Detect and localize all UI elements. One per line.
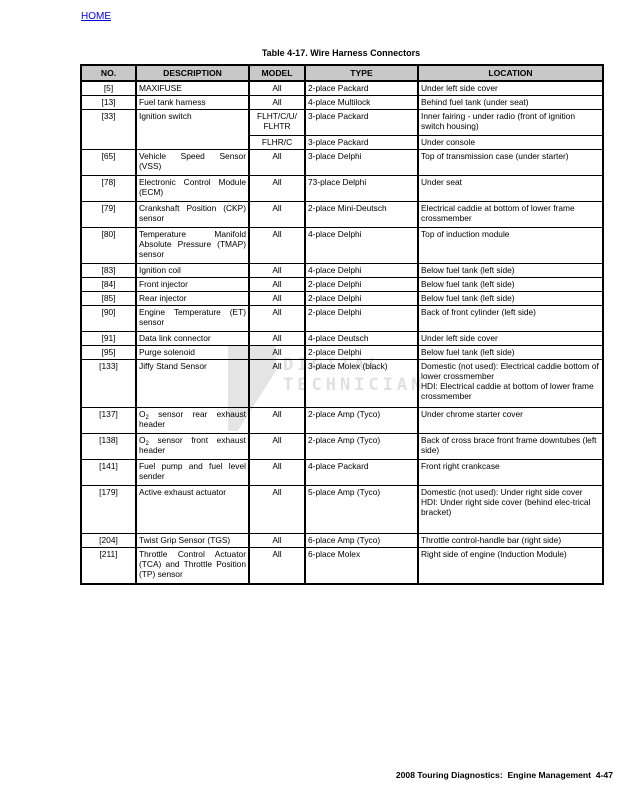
cell-no: [65]	[81, 150, 136, 176]
table-row: [91]Data link connectorAll4-place Deutsc…	[81, 332, 603, 346]
cell-location: Domestic (not used): Electrical caddie b…	[418, 360, 603, 408]
connector-model: All	[272, 97, 281, 107]
table-row: [204]Twist Grip Sensor (TGS)All6-place A…	[81, 534, 603, 548]
connector-location: Domestic (not used): Electrical caddie b…	[421, 361, 600, 381]
table-row: [179]Active exhaust actuatorAll5-place A…	[81, 486, 603, 534]
connector-model: All	[272, 347, 281, 357]
cell-model: FLHT/C/U/ FLHTR	[249, 110, 305, 136]
connector-number: [83]	[102, 265, 116, 275]
table-row: [141]Fuel pump and fuel level senderAll4…	[81, 460, 603, 486]
connector-type: 4-place Packard	[308, 461, 369, 471]
connector-location: Below fuel tank (left side)	[421, 279, 600, 289]
connector-model: All	[272, 229, 281, 239]
cell-location: Behind fuel tank (under seat)	[418, 96, 603, 110]
connector-location: Inner fairing - under radio (front of ig…	[421, 111, 600, 131]
table-row: [133]Jiffy Stand SensorAll3-place Molex …	[81, 360, 603, 408]
cell-no: [5]	[81, 81, 136, 96]
header-model: MODEL	[249, 65, 305, 81]
cell-type: 2-place Delphi	[305, 346, 418, 360]
cell-location: Back of cross brace front frame downtube…	[418, 434, 603, 460]
cell-no: [85]	[81, 292, 136, 306]
table-row: [137]O2 sensor rear exhaust headerAll2-p…	[81, 408, 603, 434]
connector-number: [211]	[99, 549, 117, 559]
cell-model: All	[249, 360, 305, 408]
cell-location: Top of induction module	[418, 228, 603, 264]
connector-model: All	[272, 361, 281, 371]
page-footer: 2008 Touring Diagnostics: Engine Managem…	[396, 770, 613, 780]
connector-description: Purge solenoid	[139, 347, 195, 357]
connector-model: All	[272, 307, 281, 317]
connector-model: All	[272, 203, 281, 213]
cell-location: Electrical caddie at bottom of lower fra…	[418, 202, 603, 228]
cell-type: 4-place Packard	[305, 460, 418, 486]
connector-location: Under chrome starter cover	[421, 409, 600, 419]
cell-no: [78]	[81, 176, 136, 202]
connector-type: 4-place Multilock	[308, 97, 370, 107]
cell-no: [33]	[81, 110, 136, 150]
connector-number: [5]	[104, 83, 113, 93]
connector-description: Temperature Manifold Absolute Pressure (…	[139, 229, 246, 259]
cell-type: 2-place Packard	[305, 81, 418, 96]
table-row: [84]Front injectorAll2-place DelphiBelow…	[81, 278, 603, 292]
cell-type: 4-place Delphi	[305, 228, 418, 264]
cell-description: Electronic Control Module (ECM)	[136, 176, 249, 202]
cell-description: Crankshaft Position (CKP) sensor	[136, 202, 249, 228]
connector-description: MAXIFUSE	[139, 83, 182, 93]
connector-number: [80]	[102, 229, 116, 239]
connector-type: 3-place Packard	[308, 111, 369, 121]
connector-type: 4-place Delphi	[308, 229, 362, 239]
cell-no: [90]	[81, 306, 136, 332]
cell-model: All	[249, 306, 305, 332]
cell-model: All	[249, 264, 305, 278]
cell-type: 6-place Amp (Tyco)	[305, 534, 418, 548]
table-row: [13]Fuel tank harnessAll4-place Multiloc…	[81, 96, 603, 110]
connector-location: Behind fuel tank (under seat)	[421, 97, 600, 107]
cell-location: Under left side cover	[418, 81, 603, 96]
connector-type: 2-place Delphi	[308, 307, 362, 317]
cell-description: Fuel tank harness	[136, 96, 249, 110]
cell-no: [211]	[81, 548, 136, 585]
cell-type: 3-place Packard	[305, 136, 418, 150]
table-row: [95]Purge solenoidAll2-place DelphiBelow…	[81, 346, 603, 360]
cell-model: All	[249, 332, 305, 346]
cell-location: Right side of engine (Induction Module)	[418, 548, 603, 585]
cell-no: [138]	[81, 434, 136, 460]
connector-type: 4-place Delphi	[308, 265, 362, 275]
connector-number: [137]	[99, 409, 118, 419]
connector-number: [78]	[102, 177, 116, 187]
cell-no: [91]	[81, 332, 136, 346]
connector-type: 3-place Molex (black)	[308, 361, 388, 371]
table-caption: Table 4-17. Wire Harness Connectors	[80, 48, 602, 58]
connector-location: Back of cross brace front frame downtube…	[421, 435, 600, 455]
cell-type: 6-place Molex	[305, 548, 418, 585]
cell-no: [133]	[81, 360, 136, 408]
connector-location: Domestic (not used): Under right side co…	[421, 487, 600, 497]
cell-type: 2-place Delphi	[305, 292, 418, 306]
cell-no: [95]	[81, 346, 136, 360]
cell-location: Below fuel tank (left side)	[418, 278, 603, 292]
connector-location: Back of front cylinder (left side)	[421, 307, 600, 317]
header-location: LOCATION	[418, 65, 603, 81]
connector-model: FLHT/C/U/ FLHTR	[257, 111, 297, 131]
connector-location: Throttle control-handle bar (right side)	[421, 535, 600, 545]
connector-type: 6-place Amp (Tyco)	[308, 535, 380, 545]
home-link[interactable]: HOME	[81, 11, 111, 22]
cell-description: Fuel pump and fuel level sender	[136, 460, 249, 486]
connector-type: 3-place Packard	[308, 137, 369, 147]
table-row: [33]Ignition switchFLHT/C/U/ FLHTR3-plac…	[81, 110, 603, 136]
connector-location-hdi: HDI: Electrical caddie at bottom of lowe…	[421, 381, 600, 401]
cell-description: Front injector	[136, 278, 249, 292]
connector-description: Front injector	[139, 279, 188, 289]
cell-description: Ignition switch	[136, 110, 249, 150]
cell-description: MAXIFUSE	[136, 81, 249, 96]
connector-model: All	[272, 549, 281, 559]
cell-location: Under console	[418, 136, 603, 150]
cell-type: 5-place Amp (Tyco)	[305, 486, 418, 534]
connector-number: [133]	[99, 361, 118, 371]
wire-harness-connectors-table: NO. DESCRIPTION MODEL TYPE LOCATION [5]M…	[80, 64, 604, 585]
cell-type: 3-place Delphi	[305, 150, 418, 176]
connector-description: sensor rear exhaust header	[139, 409, 246, 429]
connector-type: 2-place Delphi	[308, 279, 362, 289]
connector-description: Fuel tank harness	[139, 97, 206, 107]
connector-description: sensor front exhaust header	[139, 435, 246, 455]
connector-location-hdi: HDI: Under right side cover (behind elec…	[421, 497, 600, 517]
connector-type: 2-place Delphi	[308, 347, 362, 357]
connector-description: Crankshaft Position (CKP) sensor	[139, 203, 246, 223]
cell-model: All	[249, 460, 305, 486]
cell-no: [137]	[81, 408, 136, 434]
connector-number: [13]	[102, 97, 116, 107]
connector-type: 3-place Delphi	[308, 151, 362, 161]
cell-type: 3-place Molex (black)	[305, 360, 418, 408]
cell-description: O2 sensor rear exhaust header	[136, 408, 249, 434]
cell-model: All	[249, 176, 305, 202]
cell-type: 2-place Amp (Tyco)	[305, 408, 418, 434]
cell-type: 4-place Delphi	[305, 264, 418, 278]
connector-number: [65]	[102, 151, 116, 161]
connector-location: Front right crankcase	[421, 461, 600, 471]
table-row: [83]Ignition coilAll4-place DelphiBelow …	[81, 264, 603, 278]
cell-model: All	[249, 408, 305, 434]
cell-description: Temperature Manifold Absolute Pressure (…	[136, 228, 249, 264]
cell-type: 2-place Delphi	[305, 306, 418, 332]
connector-model: All	[272, 177, 281, 187]
table-header-row: NO. DESCRIPTION MODEL TYPE LOCATION	[81, 65, 603, 81]
cell-type: 2-place Delphi	[305, 278, 418, 292]
connector-location: Under left side cover	[421, 333, 600, 343]
connector-number: [79]	[102, 203, 116, 213]
connector-number: [84]	[102, 279, 116, 289]
connector-type: 2-place Mini-Deutsch	[308, 203, 387, 213]
connector-description: Vehicle Speed Sensor (VSS)	[139, 151, 246, 171]
connector-number: [90]	[102, 307, 116, 317]
connector-number: [204]	[99, 535, 118, 545]
cell-location: Back of front cylinder (left side)	[418, 306, 603, 332]
cell-location: Under left side cover	[418, 332, 603, 346]
connector-description: Active exhaust actuator	[139, 487, 226, 497]
cell-model: All	[249, 548, 305, 585]
connector-number: [91]	[102, 333, 116, 343]
table-row: [5]MAXIFUSEAll2-place PackardUnder left …	[81, 81, 603, 96]
connector-type: 2-place Amp (Tyco)	[308, 435, 380, 445]
connector-location: Under left side cover	[421, 83, 600, 93]
connector-location: Below fuel tank (left side)	[421, 265, 600, 275]
cell-no: [83]	[81, 264, 136, 278]
cell-no: [79]	[81, 202, 136, 228]
connector-description: Electronic Control Module (ECM)	[139, 177, 246, 197]
connector-location: Below fuel tank (left side)	[421, 347, 600, 357]
connector-model: All	[272, 279, 281, 289]
connector-type: 2-place Packard	[308, 83, 369, 93]
cell-description: O2 sensor front exhaust header	[136, 434, 249, 460]
cell-location: Under chrome starter cover	[418, 408, 603, 434]
cell-model: All	[249, 486, 305, 534]
cell-location: Under seat	[418, 176, 603, 202]
connector-number: [85]	[102, 293, 116, 303]
cell-description: Rear injector	[136, 292, 249, 306]
connector-type: 2-place Amp (Tyco)	[308, 409, 380, 419]
table-row: [90]Engine Temperature (ET) sensorAll2-p…	[81, 306, 603, 332]
connector-model: All	[272, 293, 281, 303]
connector-location: Top of induction module	[421, 229, 600, 239]
connector-description: Ignition coil	[139, 265, 181, 275]
connector-description: Fuel pump and fuel level sender	[139, 461, 246, 481]
cell-model: All	[249, 202, 305, 228]
table-row: [80]Temperature Manifold Absolute Pressu…	[81, 228, 603, 264]
connector-number: [141]	[99, 461, 118, 471]
cell-type: 73-place Delphi	[305, 176, 418, 202]
connector-description: Jiffy Stand Sensor	[139, 361, 207, 371]
cell-no: [141]	[81, 460, 136, 486]
cell-model: All	[249, 346, 305, 360]
cell-description: Purge solenoid	[136, 346, 249, 360]
connector-number: [179]	[99, 487, 118, 497]
table-row: [65]Vehicle Speed Sensor (VSS)All3-place…	[81, 150, 603, 176]
connector-type: 4-place Deutsch	[308, 333, 369, 343]
cell-description: Throttle Control Actuator (TCA) and Thro…	[136, 548, 249, 585]
connector-description: Twist Grip Sensor (TGS)	[139, 535, 230, 545]
table-row: [211]Throttle Control Actuator (TCA) and…	[81, 548, 603, 585]
cell-no: [204]	[81, 534, 136, 548]
connector-model: FLHR/C	[262, 137, 292, 147]
cell-model: All	[249, 150, 305, 176]
cell-description: Data link connector	[136, 332, 249, 346]
connector-number: [33]	[102, 111, 116, 121]
connector-model: All	[272, 487, 281, 497]
cell-model: All	[249, 96, 305, 110]
cell-description: Twist Grip Sensor (TGS)	[136, 534, 249, 548]
cell-location: Domestic (not used): Under right side co…	[418, 486, 603, 534]
cell-location: Below fuel tank (left side)	[418, 264, 603, 278]
connector-model: All	[272, 435, 281, 445]
connector-description: Throttle Control Actuator (TCA) and Thro…	[139, 549, 246, 579]
cell-type: 2-place Mini-Deutsch	[305, 202, 418, 228]
connector-location: Under seat	[421, 177, 600, 187]
connector-location: Right side of engine (Induction Module)	[421, 549, 600, 559]
cell-model: All	[249, 81, 305, 96]
cell-no: [84]	[81, 278, 136, 292]
connector-model: All	[272, 265, 281, 275]
cell-model: FLHR/C	[249, 136, 305, 150]
cell-no: [80]	[81, 228, 136, 264]
connector-model: All	[272, 333, 281, 343]
cell-description: Vehicle Speed Sensor (VSS)	[136, 150, 249, 176]
connector-description: Rear injector	[139, 293, 186, 303]
connector-type: 5-place Amp (Tyco)	[308, 487, 380, 497]
table-body: [5]MAXIFUSEAll2-place PackardUnder left …	[81, 81, 603, 584]
table-row: [85]Rear injectorAll2-place DelphiBelow …	[81, 292, 603, 306]
cell-type: 4-place Multilock	[305, 96, 418, 110]
cell-model: All	[249, 534, 305, 548]
cell-description: Ignition coil	[136, 264, 249, 278]
table-row: [138]O2 sensor front exhaust headerAll2-…	[81, 434, 603, 460]
cell-type: 3-place Packard	[305, 110, 418, 136]
connector-location: Below fuel tank (left side)	[421, 293, 600, 303]
connector-type: 2-place Delphi	[308, 293, 362, 303]
cell-location: Inner fairing - under radio (front of ig…	[418, 110, 603, 136]
connector-type: 6-place Molex	[308, 549, 360, 559]
connector-model: All	[272, 151, 281, 161]
cell-location: Top of transmission case (under starter)	[418, 150, 603, 176]
cell-model: All	[249, 228, 305, 264]
cell-description: Jiffy Stand Sensor	[136, 360, 249, 408]
table-row: [78]Electronic Control Module (ECM)All73…	[81, 176, 603, 202]
cell-type: 4-place Deutsch	[305, 332, 418, 346]
connector-model: All	[272, 409, 281, 419]
connector-description: Ignition switch	[139, 111, 192, 121]
cell-location: Front right crankcase	[418, 460, 603, 486]
cell-description: Active exhaust actuator	[136, 486, 249, 534]
header-type: TYPE	[305, 65, 418, 81]
connector-description: Engine Temperature (ET) sensor	[139, 307, 246, 327]
cell-model: All	[249, 292, 305, 306]
connector-number: [138]	[99, 435, 118, 445]
cell-location: Below fuel tank (left side)	[418, 346, 603, 360]
cell-no: [13]	[81, 96, 136, 110]
cell-no: [179]	[81, 486, 136, 534]
cell-model: All	[249, 434, 305, 460]
cell-type: 2-place Amp (Tyco)	[305, 434, 418, 460]
connector-model: All	[272, 83, 281, 93]
connector-location: Top of transmission case (under starter)	[421, 151, 600, 161]
cell-model: All	[249, 278, 305, 292]
connector-number: [95]	[102, 347, 116, 357]
cell-description: Engine Temperature (ET) sensor	[136, 306, 249, 332]
header-no: NO.	[81, 65, 136, 81]
connector-location: Under console	[421, 137, 600, 147]
connector-description: Data link connector	[139, 333, 211, 343]
connector-location: Electrical caddie at bottom of lower fra…	[421, 203, 600, 223]
header-description: DESCRIPTION	[136, 65, 249, 81]
cell-location: Below fuel tank (left side)	[418, 292, 603, 306]
cell-location: Throttle control-handle bar (right side)	[418, 534, 603, 548]
connector-model: All	[272, 461, 281, 471]
connector-type: 73-place Delphi	[308, 177, 366, 187]
connector-model: All	[272, 535, 281, 545]
table-row: [79]Crankshaft Position (CKP) sensorAll2…	[81, 202, 603, 228]
